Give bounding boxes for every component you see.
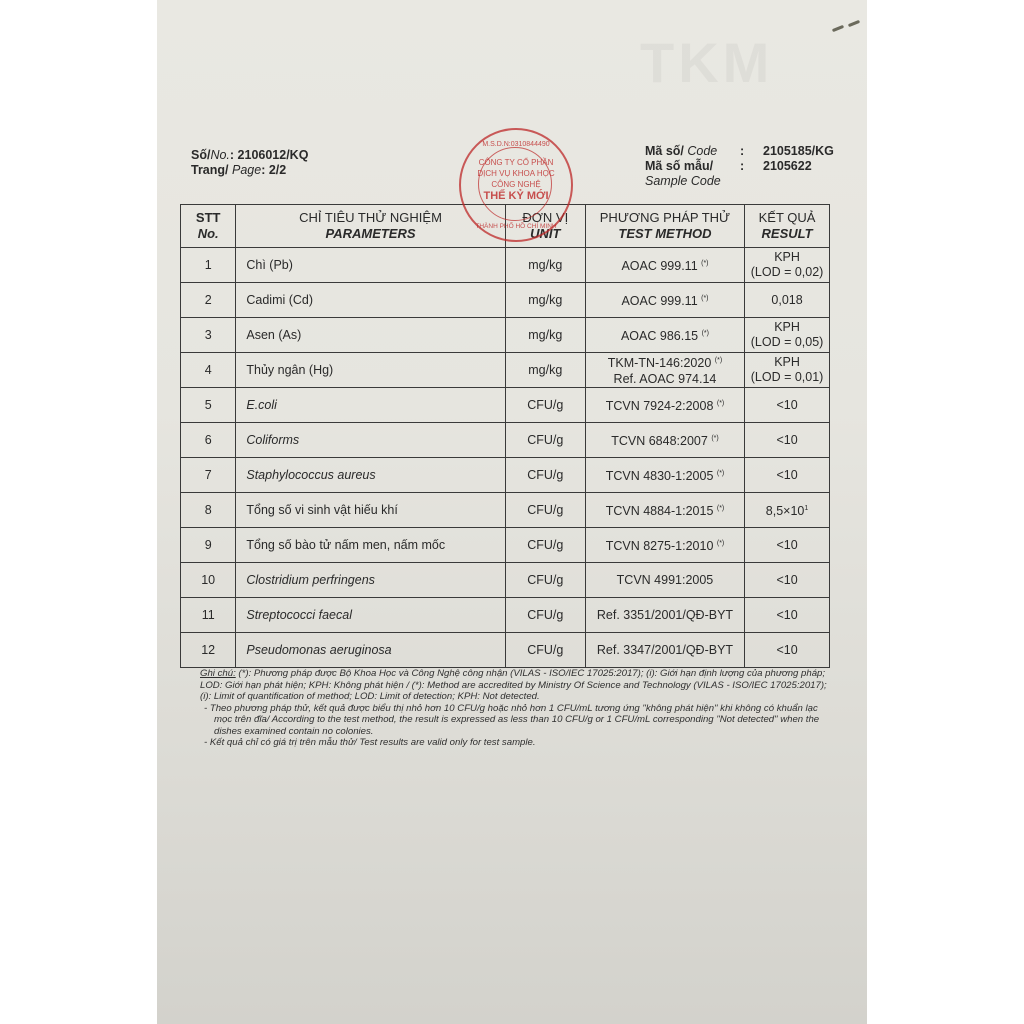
unit-cell: mg/kg (505, 318, 585, 353)
row-number: 3 (181, 318, 236, 353)
column-header: PHƯƠNG PHÁP THỬTEST METHOD (585, 205, 744, 248)
row-number: 8 (181, 493, 236, 528)
unit-cell: CFU/g (505, 458, 585, 493)
parameter-cell: Pseudomonas aeruginosa (236, 633, 505, 668)
parameter-cell: Asen (As) (236, 318, 505, 353)
parameter-cell: Tổng số vi sinh vật hiếu khí (236, 493, 505, 528)
result-cell: <10 (745, 458, 830, 493)
results-table: STTNo.CHỈ TIÊU THỬ NGHIỆMPARAMETERSĐƠN V… (180, 204, 830, 668)
result-cell: <10 (745, 528, 830, 563)
table-row: 10Clostridium perfringensCFU/gTCVN 4991:… (181, 563, 830, 598)
method-cell: TCVN 7924-2:2008 (*) (585, 388, 744, 423)
unit-cell: CFU/g (505, 528, 585, 563)
parameter-cell: Streptococci faecal (236, 598, 505, 633)
method-cell: Ref. 3351/2001/QĐ-BYT (585, 598, 744, 633)
parameter-cell: Clostridium perfringens (236, 563, 505, 598)
result-cell: KPH(LOD = 0,02) (745, 248, 830, 283)
column-header: ĐƠN VỊUNIT (505, 205, 585, 248)
method-cell: AOAC 999.11 (*) (585, 248, 744, 283)
table-row: 3Asen (As)mg/kgAOAC 986.15 (*)KPH(LOD = … (181, 318, 830, 353)
unit-cell: CFU/g (505, 388, 585, 423)
result-cell: <10 (745, 388, 830, 423)
table-header-row: STTNo.CHỈ TIÊU THỬ NGHIỆMPARAMETERSĐƠN V… (181, 205, 830, 248)
row-number: 4 (181, 353, 236, 388)
parameter-cell: Tổng số bào tử nấm men, nấm mốc (236, 528, 505, 563)
unit-cell: CFU/g (505, 598, 585, 633)
row-number: 5 (181, 388, 236, 423)
notes: Ghi chú: (*): Phương pháp được Bộ Khoa H… (200, 668, 828, 749)
table-row: 8Tổng số vi sinh vật hiếu khíCFU/gTCVN 4… (181, 493, 830, 528)
row-number: 1 (181, 248, 236, 283)
table-row: 2Cadimi (Cd)mg/kgAOAC 999.11 (*)0,018 (181, 283, 830, 318)
parameter-cell: Staphylococcus aureus (236, 458, 505, 493)
unit-cell: CFU/g (505, 633, 585, 668)
parameter-cell: E.coli (236, 388, 505, 423)
table-row: 4Thủy ngân (Hg)mg/kgTKM-TN-146:2020 (*)R… (181, 353, 830, 388)
result-cell: <10 (745, 598, 830, 633)
table-row: 9Tổng số bào tử nấm men, nấm mốcCFU/gTCV… (181, 528, 830, 563)
row-number: 9 (181, 528, 236, 563)
code-row: Mã số/ Code : 2105185/KG (645, 144, 834, 159)
method-cell: TCVN 6848:2007 (*) (585, 423, 744, 458)
report-info: Số/No.: 2106012/KQ Trang/ Page: 2/2 (191, 148, 308, 178)
table-row: 5E.coliCFU/gTCVN 7924-2:2008 (*)<10 (181, 388, 830, 423)
parameter-cell: Chì (Pb) (236, 248, 505, 283)
result-cell: <10 (745, 633, 830, 668)
column-header: STTNo. (181, 205, 236, 248)
table-row: 1Chì (Pb)mg/kgAOAC 999.11 (*)KPH(LOD = 0… (181, 248, 830, 283)
table-row: 6ColiformsCFU/gTCVN 6848:2007 (*)<10 (181, 423, 830, 458)
method-cell: AOAC 999.11 (*) (585, 283, 744, 318)
row-number: 10 (181, 563, 236, 598)
method-cell: TKM-TN-146:2020 (*)Ref. AOAC 974.14 (585, 353, 744, 388)
table-row: 7Staphylococcus aureusCFU/gTCVN 4830-1:2… (181, 458, 830, 493)
method-cell: AOAC 986.15 (*) (585, 318, 744, 353)
page-number: Trang/ Page: 2/2 (191, 163, 308, 178)
table-row: 12Pseudomonas aeruginosaCFU/gRef. 3347/2… (181, 633, 830, 668)
sample-code-value: 2105622 (763, 159, 812, 174)
method-cell: TCVN 4830-1:2005 (*) (585, 458, 744, 493)
watermark-logo: TKM (640, 30, 860, 90)
code-value: 2105185/KG (763, 144, 834, 159)
sample-info: Mã số/ Code : 2105185/KG Mã số mẫu/ : 21… (645, 144, 834, 189)
parameter-cell: Thủy ngân (Hg) (236, 353, 505, 388)
row-number: 2 (181, 283, 236, 318)
table-row: 11Streptococci faecalCFU/gRef. 3351/2001… (181, 598, 830, 633)
result-cell: 8,5×101 (745, 493, 830, 528)
unit-cell: CFU/g (505, 423, 585, 458)
unit-cell: CFU/g (505, 563, 585, 598)
result-cell: <10 (745, 563, 830, 598)
unit-cell: mg/kg (505, 353, 585, 388)
unit-cell: mg/kg (505, 248, 585, 283)
sample-code-row: Mã số mẫu/ : 2105622 (645, 159, 834, 174)
unit-cell: CFU/g (505, 493, 585, 528)
row-number: 12 (181, 633, 236, 668)
method-cell: TCVN 4884-1:2015 (*) (585, 493, 744, 528)
column-header: KẾT QUẢRESULT (745, 205, 830, 248)
result-cell: 0,018 (745, 283, 830, 318)
result-cell: KPH(LOD = 0,01) (745, 353, 830, 388)
row-number: 7 (181, 458, 236, 493)
result-cell: <10 (745, 423, 830, 458)
parameter-cell: Cadimi (Cd) (236, 283, 505, 318)
method-cell: TCVN 8275-1:2010 (*) (585, 528, 744, 563)
parameter-cell: Coliforms (236, 423, 505, 458)
method-cell: TCVN 4991:2005 (585, 563, 744, 598)
report-number: Số/No.: 2106012/KQ (191, 148, 308, 163)
column-header: CHỈ TIÊU THỬ NGHIỆMPARAMETERS (236, 205, 505, 248)
result-cell: KPH(LOD = 0,05) (745, 318, 830, 353)
row-number: 11 (181, 598, 236, 633)
method-cell: Ref. 3347/2001/QĐ-BYT (585, 633, 744, 668)
unit-cell: mg/kg (505, 283, 585, 318)
row-number: 6 (181, 423, 236, 458)
